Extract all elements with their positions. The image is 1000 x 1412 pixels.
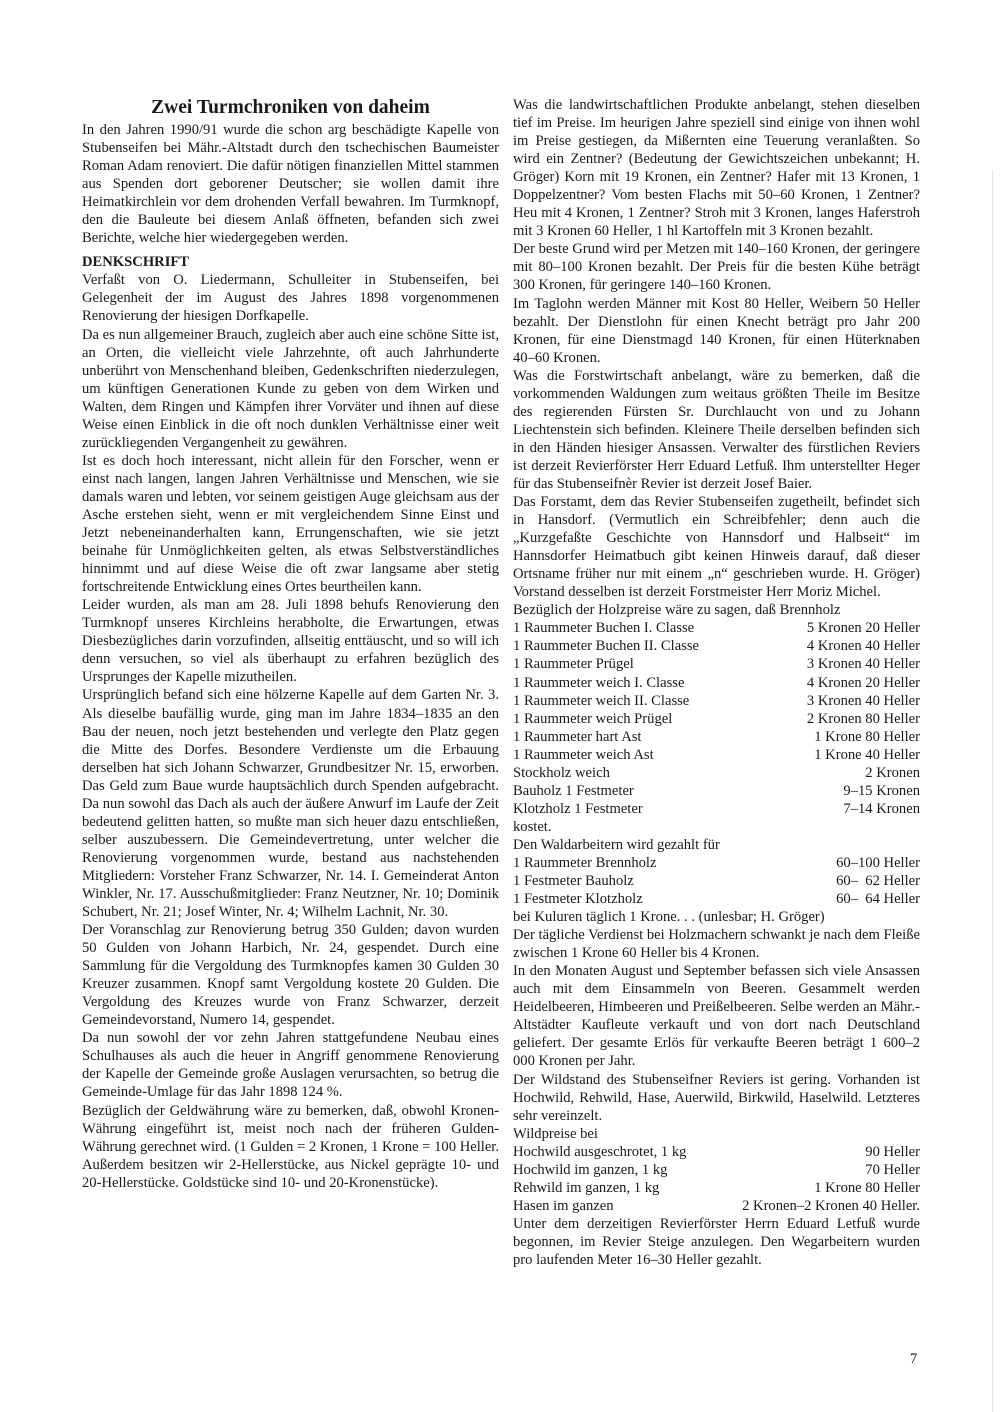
price-row: 1 Raummeter Buchen II. Classe4 Kronen 40… <box>513 637 920 655</box>
wage-item: 1 Raummeter Brennholz <box>513 854 656 872</box>
price-row: 1 Raummeter weich II. Classe3 Kronen 40 … <box>513 692 920 710</box>
price-value: 2 Kronen 80 Heller <box>807 710 920 728</box>
paragraph: Ist es doch hoch interessant, nicht alle… <box>82 452 499 596</box>
price-value: 3 Kronen 40 Heller <box>807 655 920 673</box>
wage-value: 60– 62 Heller <box>836 872 920 890</box>
right-column: Was die landwirtschaftlichen Produkte an… <box>513 96 920 1269</box>
price-value: 70 Heller <box>865 1161 920 1179</box>
paragraph: Den Waldarbeitern wird gezahlt für <box>513 836 920 854</box>
article-title: Zwei Turmchroniken von daheim <box>82 96 499 120</box>
price-row: Stockholz weich2 Kronen <box>513 764 920 782</box>
paragraph: bei Kuluren täglich 1 Krone. . . (unlesb… <box>513 908 920 926</box>
price-value: 4 Kronen 20 Heller <box>807 674 920 692</box>
price-item: Klotzholz 1 Festmeter <box>513 800 643 818</box>
price-item: 1 Raummeter weich I. Classe <box>513 674 684 692</box>
price-item: 1 Raummeter Buchen II. Classe <box>513 637 699 655</box>
paragraph: Was die Forstwirtschaft anbelangt, wäre … <box>513 367 920 493</box>
price-item: 1 Raummeter weich Prügel <box>513 710 672 728</box>
wage-value: 60–100 Heller <box>836 854 920 872</box>
price-item: Hochwild im ganzen, 1 kg <box>513 1161 667 1179</box>
price-value: 1 Krone 40 Heller <box>814 746 920 764</box>
paragraph: Ursprünglich befand sich eine hölzerne K… <box>82 686 499 921</box>
wood-price-list: 1 Raummeter Buchen I. Classe5 Kronen 20 … <box>513 619 920 818</box>
price-item: Rehwild im ganzen, 1 kg <box>513 1179 659 1197</box>
price-row: 1 Raummeter Buchen I. Classe5 Kronen 20 … <box>513 619 920 637</box>
price-item: Bauholz 1 Festmeter <box>513 782 634 800</box>
paragraph: In den Monaten August und September befa… <box>513 962 920 1070</box>
price-value: 4 Kronen 40 Heller <box>807 637 920 655</box>
paragraph: Da nun sowohl der vor zehn Jahren stattg… <box>82 1029 499 1101</box>
price-value: 9–15 Kronen <box>843 782 920 800</box>
paragraph: Bezüglich der Geldwährung wäre zu bemerk… <box>82 1102 499 1192</box>
paragraph: Der Wildstand des Stubenseifner Reviers … <box>513 1071 920 1125</box>
price-item: Stockholz weich <box>513 764 610 782</box>
price-value: 2 Kronen <box>865 764 920 782</box>
price-item: 1 Raummeter weich II. Classe <box>513 692 689 710</box>
price-row: Hasen im ganzen2 Kronen–2 Kronen 40 Hell… <box>513 1197 920 1215</box>
price-row: Hochwild im ganzen, 1 kg70 Heller <box>513 1161 920 1179</box>
price-value: 5 Kronen 20 Heller <box>807 619 920 637</box>
price-row: Bauholz 1 Festmeter9–15 Kronen <box>513 782 920 800</box>
price-item: Hasen im ganzen <box>513 1197 614 1215</box>
closing-paragraph: Unter dem derzeitigen Revierförster Herr… <box>513 1215 920 1269</box>
price-row: Hochwild ausgeschrotet, 1 kg90 Heller <box>513 1143 920 1161</box>
price-value: 2 Kronen–2 Kronen 40 Heller. <box>742 1197 920 1215</box>
wage-item: 1 Festmeter Klotzholz <box>513 890 643 908</box>
paragraph: Da es nun allgemeiner Brauch, zugleich a… <box>82 326 499 452</box>
price-row: 1 Raummeter Prügel3 Kronen 40 Heller <box>513 655 920 673</box>
price-value: 1 Krone 80 Heller <box>814 1179 920 1197</box>
price-value: 3 Kronen 40 Heller <box>807 692 920 710</box>
paragraph: Wildpreise bei <box>513 1125 920 1143</box>
paragraph: Leider wurden, als man am 28. Juli 1898 … <box>82 596 499 686</box>
paragraph: Im Taglohn werden Männer mit Kost 80 Hel… <box>513 295 920 367</box>
price-item: 1 Raummeter hart Ast <box>513 728 641 746</box>
paragraph: Der Voranschlag zur Renovierung betrug 3… <box>82 921 499 1029</box>
intro-paragraph: In den Jahren 1990/91 wurde die schon ar… <box>82 121 499 247</box>
section-heading: DENKSCHRIFT <box>82 253 499 271</box>
forest-worker-wage-list: 1 Raummeter Brennholz60–100 Heller 1 Fes… <box>513 854 920 908</box>
price-row: Klotzholz 1 Festmeter7–14 Kronen <box>513 800 920 818</box>
wage-value: 60– 64 Heller <box>836 890 920 908</box>
price-row: 1 Raummeter weich Ast1 Krone 40 Heller <box>513 746 920 764</box>
paragraph: Bezüglich der Holzpreise wäre zu sagen, … <box>513 601 920 619</box>
wage-item: 1 Festmeter Bauholz <box>513 872 634 890</box>
wage-row: 1 Festmeter Klotzholz60– 64 Heller <box>513 890 920 908</box>
wage-row: 1 Festmeter Bauholz60– 62 Heller <box>513 872 920 890</box>
price-value: 7–14 Kronen <box>843 800 920 818</box>
paragraph: kostet. <box>513 818 920 836</box>
scan-edge-line <box>992 170 993 1412</box>
price-row: Rehwild im ganzen, 1 kg1 Krone 80 Heller <box>513 1179 920 1197</box>
paragraph: Der tägliche Verdienst bei Holzmachern s… <box>513 926 920 962</box>
price-row: 1 Raummeter weich Prügel2 Kronen 80 Hell… <box>513 710 920 728</box>
price-value: 90 Heller <box>865 1143 920 1161</box>
paragraph: Das Forstamt, dem das Revier Stubenseife… <box>513 493 920 601</box>
paragraph: Verfaßt von O. Liedermann, Schulleiter i… <box>82 271 499 325</box>
price-item: 1 Raummeter weich Ast <box>513 746 654 764</box>
paragraph: Was die landwirtschaftlichen Produkte an… <box>513 96 920 240</box>
price-row: 1 Raummeter hart Ast1 Krone 80 Heller <box>513 728 920 746</box>
wage-row: 1 Raummeter Brennholz60–100 Heller <box>513 854 920 872</box>
paragraph: Der beste Grund wird per Metzen mit 140–… <box>513 240 920 294</box>
left-column: Zwei Turmchroniken von daheim In den Jah… <box>82 96 499 1192</box>
price-item: 1 Raummeter Buchen I. Classe <box>513 619 694 637</box>
game-price-list: Hochwild ausgeschrotet, 1 kg90 Heller Ho… <box>513 1143 920 1215</box>
price-row: 1 Raummeter weich I. Classe4 Kronen 20 H… <box>513 674 920 692</box>
price-item: 1 Raummeter Prügel <box>513 655 634 673</box>
price-item: Hochwild ausgeschrotet, 1 kg <box>513 1143 686 1161</box>
price-value: 1 Krone 80 Heller <box>814 728 920 746</box>
page-number: 7 <box>910 1351 917 1368</box>
